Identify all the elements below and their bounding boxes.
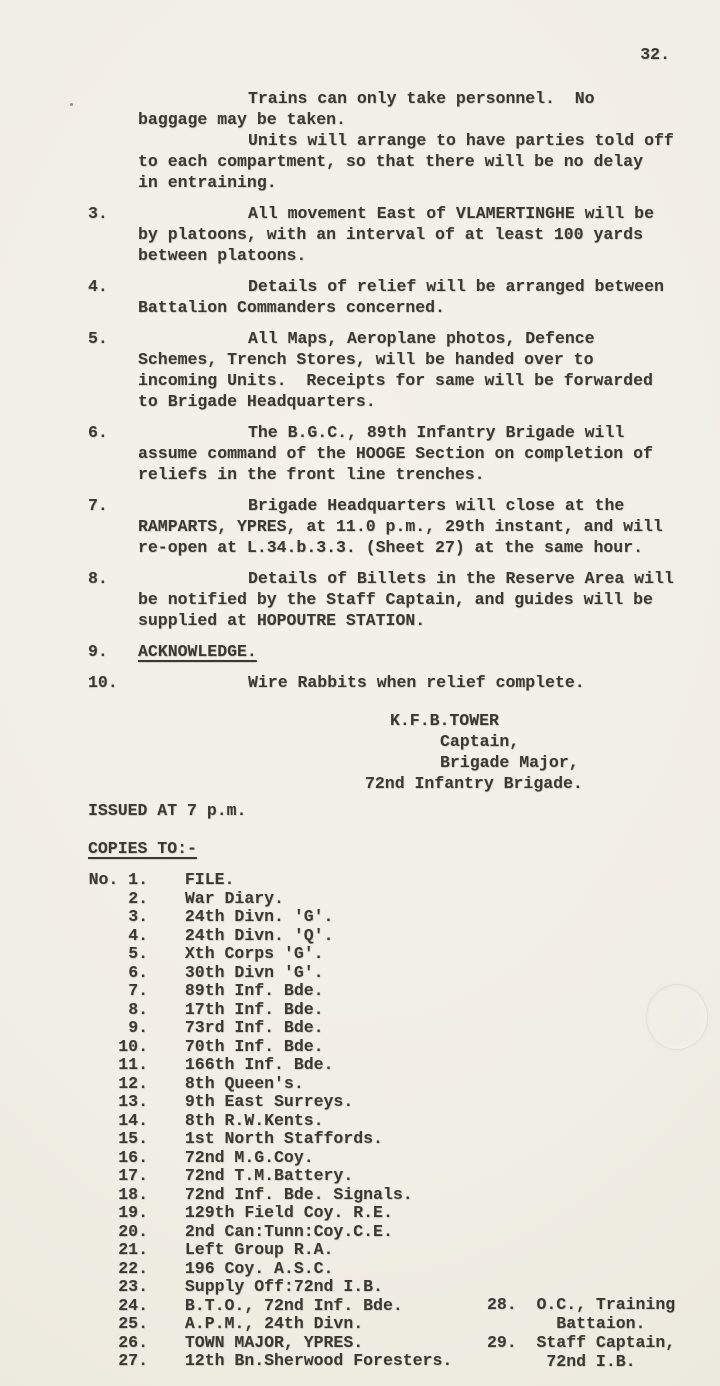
copies-row-label: 30th Divn 'G'. xyxy=(185,963,324,982)
copies-row-label: 73rd Inf. Bde. xyxy=(185,1018,324,1037)
copies-row-label: 8th R.W.Kents. xyxy=(185,1111,324,1130)
section-number: 8. xyxy=(88,568,108,589)
copies-row-number: 3. xyxy=(88,908,148,927)
section-number: 5. xyxy=(88,328,108,349)
copies-row-label: Left Group R.A. xyxy=(185,1240,334,1259)
issued-line: ISSUED AT 7 p.m. xyxy=(88,800,702,821)
section-number: 7. xyxy=(88,495,108,516)
paragraph: Trains can only take personnel. No bagga… xyxy=(138,88,702,130)
copies-row-number: 11. xyxy=(88,1056,148,1075)
intro-paragraphs: Trains can only take personnel. No bagga… xyxy=(138,88,702,193)
section-number: 3. xyxy=(88,203,108,224)
copies-row: 17. 72nd T.M.Battery. xyxy=(88,1167,702,1186)
section-text: ACKNOWLEDGE. xyxy=(138,641,702,662)
copies-row-number: 20. xyxy=(88,1223,148,1242)
copies-row-label: 72nd Inf. Bde. Signals. xyxy=(185,1185,413,1204)
copies-row-label: B.T.O., 72nd Inf. Bde. xyxy=(185,1296,403,1315)
copies-row-number: 12. xyxy=(88,1075,148,1094)
order-sections: 3. All movement East of VLAMERTINGHE wil… xyxy=(88,203,702,693)
copies-row-label: A.P.M., 24th Divn. xyxy=(185,1314,363,1333)
copies-row-label: TOWN MAJOR, YPRES. xyxy=(185,1333,363,1352)
copies-row-number: 14. xyxy=(88,1112,148,1131)
signature-rank: Captain, xyxy=(365,731,702,752)
copies-row-number: 24. xyxy=(88,1297,148,1316)
section-text: All Maps, Aeroplane photos, Defence Sche… xyxy=(138,328,702,412)
copies-row-number: 4. xyxy=(88,927,148,946)
copies-row: 21. Left Group R.A. xyxy=(88,1241,702,1260)
copies-row-label: 9th East Surreys. xyxy=(185,1092,353,1111)
section-number: 4. xyxy=(88,276,108,297)
copies-row: 20. 2nd Can:Tunn:Coy.C.E. xyxy=(88,1223,702,1242)
copies-row-number: 27. xyxy=(88,1352,148,1371)
section-text: Details of relief will be arranged betwe… xyxy=(138,276,702,318)
copies-list: 28. O.C., Training Battaion. 29. Staff C… xyxy=(88,871,702,1371)
copies-row-label: War Diary. xyxy=(185,889,284,908)
copies-row-number: 23. xyxy=(88,1278,148,1297)
copies-row-label: 72nd T.M.Battery. xyxy=(185,1166,353,1185)
order-section: 4. Details of relief will be arranged be… xyxy=(88,276,702,318)
section-text: Brigade Headquarters will close at the R… xyxy=(138,495,702,558)
copies-row-number: 15. xyxy=(88,1130,148,1149)
copies-heading: COPIES TO:- xyxy=(88,839,197,858)
copies-row-label: Supply Off:72nd I.B. xyxy=(185,1277,383,1296)
copies-row-label: 72nd M.G.Coy. xyxy=(185,1148,314,1167)
signature-name: K.F.B.TOWER xyxy=(365,710,702,731)
section-text: All movement East of VLAMERTINGHE will b… xyxy=(138,203,702,266)
copies-row: 11. 166th Inf. Bde. xyxy=(88,1056,702,1075)
copies-row: 13. 9th East Surreys. xyxy=(88,1093,702,1112)
section-text: Details of Billets in the Reserve Area w… xyxy=(138,568,702,631)
section-text: The B.G.C., 89th Infantry Brigade will a… xyxy=(138,422,702,485)
copies-row: 14. 8th R.W.Kents. xyxy=(88,1112,702,1131)
copies-row-number: 21. xyxy=(88,1241,148,1260)
copies-row-label: 166th Inf. Bde. xyxy=(185,1055,334,1074)
order-section: 8. Details of Billets in the Reserve Are… xyxy=(88,568,702,631)
paragraph: Units will arrange to have parties told … xyxy=(138,130,702,193)
copies-row-label: 2nd Can:Tunn:Coy.C.E. xyxy=(185,1222,393,1241)
copies-row-label: 1st North Staffords. xyxy=(185,1129,383,1148)
copies-row: 15. 1st North Staffords. xyxy=(88,1130,702,1149)
copies-row-number: 8. xyxy=(88,1001,148,1020)
page-number: 32. xyxy=(640,44,670,65)
section-number: 10. xyxy=(88,672,118,693)
copies-row-number: 5. xyxy=(88,945,148,964)
copies-row-number: 6. xyxy=(88,964,148,983)
copies-row-number: 22. xyxy=(88,1260,148,1279)
copies-row: 3. 24th Divn. 'G'. xyxy=(88,908,702,927)
order-section: 6. The B.G.C., 89th Infantry Brigade wil… xyxy=(88,422,702,485)
copies-row-number: No. 1. xyxy=(88,871,148,890)
copies-row: 6. 30th Divn 'G'. xyxy=(88,964,702,983)
copies-row: 7. 89th Inf. Bde. xyxy=(88,982,702,1001)
copies-row-number: 2. xyxy=(88,890,148,909)
copies-row-number: 26. xyxy=(88,1334,148,1353)
copies-row-label: 129th Field Coy. R.E. xyxy=(185,1203,393,1222)
copies-row: No. 1. FILE. xyxy=(88,871,702,890)
copies-row: 19. 129th Field Coy. R.E. xyxy=(88,1204,702,1223)
copies-row-label: 8th Queen's. xyxy=(185,1074,304,1093)
copies-row-number: 16. xyxy=(88,1149,148,1168)
copies-row: 23. Supply Off:72nd I.B. xyxy=(88,1278,702,1297)
copies-row-label: 24th Divn. 'G'. xyxy=(185,907,334,926)
section-text: Wire Rabbits when relief complete. xyxy=(138,672,702,693)
paper-speck xyxy=(70,103,73,106)
document-page: 32. Trains can only take personnel. No b… xyxy=(0,0,720,1386)
copies-right-column: 28. O.C., Training Battaion. 29. Staff C… xyxy=(487,1295,675,1371)
order-section: 10. Wire Rabbits when relief complete. xyxy=(88,672,702,693)
signature-block: K.F.B.TOWER Captain, Brigade Major, 72nd… xyxy=(365,710,702,794)
copies-row-label: FILE. xyxy=(185,870,235,889)
copies-row-number: 7. xyxy=(88,982,148,1001)
copies-row: 18. 72nd Inf. Bde. Signals. xyxy=(88,1186,702,1205)
copies-row: 22. 196 Coy. A.S.C. xyxy=(88,1260,702,1279)
copies-row: 2. War Diary. xyxy=(88,890,702,909)
section-number: 6. xyxy=(88,422,108,443)
signature-role: Brigade Major, xyxy=(365,752,702,773)
copies-row: 9. 73rd Inf. Bde. xyxy=(88,1019,702,1038)
order-section: 9. ACKNOWLEDGE. xyxy=(88,641,702,662)
copies-row: 4. 24th Divn. 'Q'. xyxy=(88,927,702,946)
copies-row: 8. 17th Inf. Bde. xyxy=(88,1001,702,1020)
copies-row-number: 10. xyxy=(88,1038,148,1057)
copies-row-label: 196 Coy. A.S.C. xyxy=(185,1259,334,1278)
copies-row-number: 17. xyxy=(88,1167,148,1186)
copies-row-number: 18. xyxy=(88,1186,148,1205)
copies-row-label: 70th Inf. Bde. xyxy=(185,1037,324,1056)
copies-row: 16. 72nd M.G.Coy. xyxy=(88,1149,702,1168)
copies-row: 10. 70th Inf. Bde. xyxy=(88,1038,702,1057)
copies-row-number: 9. xyxy=(88,1019,148,1038)
order-section: 5. All Maps, Aeroplane photos, Defence S… xyxy=(88,328,702,412)
copies-heading-row: COPIES TO:- xyxy=(88,838,702,859)
signature-unit: 72nd Infantry Brigade. xyxy=(365,773,702,794)
section-number: 9. xyxy=(88,641,108,662)
copies-row-label: Xth Corps 'G'. xyxy=(185,944,324,963)
order-section: 3. All movement East of VLAMERTINGHE wil… xyxy=(88,203,702,266)
embossed-seal xyxy=(646,984,708,1050)
copies-row-label: 89th Inf. Bde. xyxy=(185,981,324,1000)
copies-row: 5. Xth Corps 'G'. xyxy=(88,945,702,964)
document-content: Trains can only take personnel. No bagga… xyxy=(0,0,720,1371)
copies-row-label: 17th Inf. Bde. xyxy=(185,1000,324,1019)
copies-row-label: 12th Bn.Sherwood Foresters. xyxy=(185,1351,452,1370)
copies-row-number: 13. xyxy=(88,1093,148,1112)
copies-row: 12. 8th Queen's. xyxy=(88,1075,702,1094)
copies-row-label: 24th Divn. 'Q'. xyxy=(185,926,334,945)
copies-row-number: 25. xyxy=(88,1315,148,1334)
copies-row-number: 19. xyxy=(88,1204,148,1223)
order-section: 7. Brigade Headquarters will close at th… xyxy=(88,495,702,558)
